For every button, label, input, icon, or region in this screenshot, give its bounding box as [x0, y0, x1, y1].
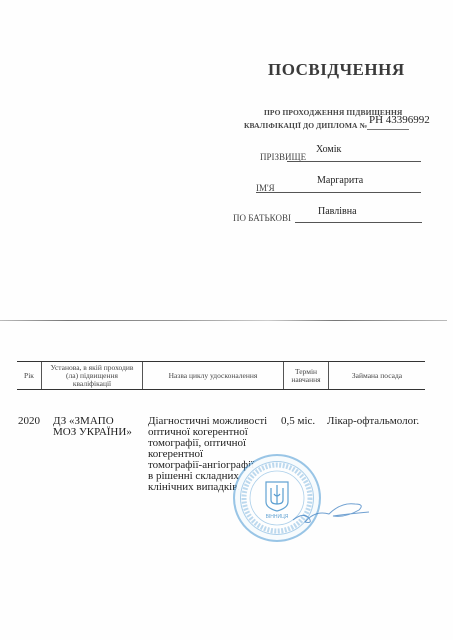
patronymic-label: ПО БАТЬКОВІ [233, 213, 291, 223]
cell-position: Лікар-офтальмолог. [327, 416, 419, 427]
cell-term: 0,5 міс. [281, 416, 315, 427]
header-institution: Установа, в якій проходив (ла) підвищенн… [42, 362, 143, 389]
header-term: Термін навчання [284, 362, 329, 389]
diploma-number: РН 43396992 [369, 114, 430, 126]
name-value: Маргарита [317, 175, 363, 186]
header-year: Рік [17, 362, 42, 389]
header-institution-line3: кваліфікації [51, 380, 134, 388]
surname-value: Хомік [316, 144, 341, 155]
page-divider [0, 320, 447, 321]
cell-institution: ДЗ «ЗМАПО МОЗ УКРАЇНИ» [53, 416, 143, 438]
header-term-line2: навчання [291, 376, 320, 384]
patronymic-value: Павлівна [318, 206, 357, 217]
table-header: Рік Установа, в якій проходив (ла) підви… [17, 361, 425, 390]
name-underline [256, 192, 421, 193]
signature-icon [285, 492, 375, 532]
header-position: Займана посада [329, 362, 425, 389]
surname-underline [287, 161, 421, 162]
document-title: ПОСВІДЧЕННЯ [268, 60, 405, 80]
diploma-number-underline [367, 129, 409, 130]
document-subtitle-line2: КВАЛІФІКАЦІЇ ДО ДИПЛОМА № [244, 121, 367, 130]
cell-institution-line2: МОЗ УКРАЇНИ» [53, 427, 143, 438]
cell-year: 2020 [18, 416, 40, 427]
certificate-page: ПОСВІДЧЕННЯ ПРО ПРОХОДЖЕННЯ ПІДВИЩЕННЯ К… [0, 0, 453, 640]
header-course: Назва циклу удосконалення [143, 362, 284, 389]
patronymic-underline [295, 222, 422, 223]
